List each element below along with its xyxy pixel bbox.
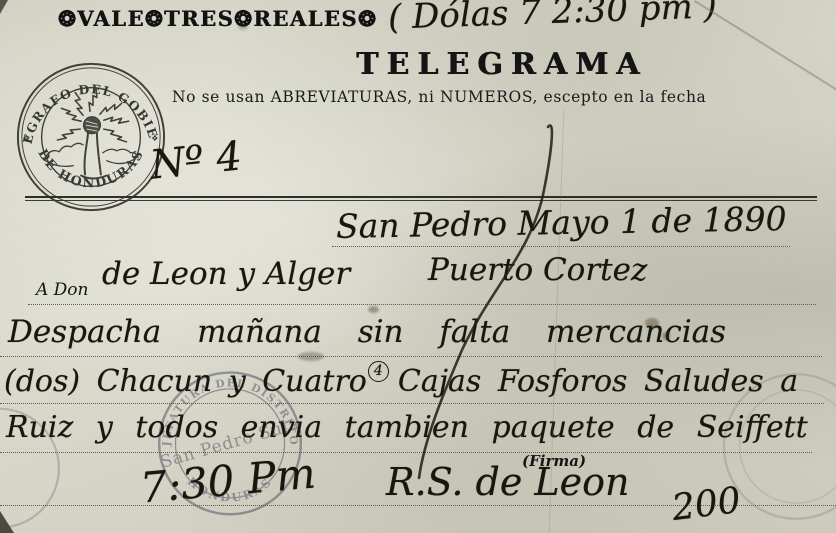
date-ruled-line bbox=[332, 246, 790, 247]
ink-stain bbox=[645, 318, 659, 328]
date-handwritten: San Pedro Mayo 1 de 1890 bbox=[336, 199, 787, 246]
government-seal: TELEGRAFO DEL GOBIERNO DE HONDURAS ❖ ❖ bbox=[12, 58, 170, 216]
ink-stain bbox=[298, 352, 324, 361]
svg-text:DE HONDURAS: DE HONDURAS bbox=[34, 147, 147, 192]
message-ruled-line-2 bbox=[0, 403, 824, 404]
addressee-label: A Don bbox=[36, 280, 89, 300]
telegram-number: Nº 4 bbox=[148, 133, 244, 188]
handwritten-annotation: ( Dólas 7 2:30 pm ) bbox=[387, 0, 717, 38]
message-line-1: Despacha mañana sin falta mercancias bbox=[8, 314, 726, 350]
destination-handwritten: Puerto Cortez bbox=[428, 252, 647, 288]
message-line-2-prefix: (dos) Chacun y Cuatro bbox=[4, 364, 367, 399]
addressee-handwritten: de Leon y Alger bbox=[102, 256, 350, 292]
scan-corner bbox=[0, 0, 8, 14]
amount-handwritten: 200 bbox=[670, 480, 743, 529]
message-ruled-line-3 bbox=[0, 452, 812, 453]
addressee-ruled-line bbox=[28, 304, 816, 305]
ink-stain bbox=[368, 306, 379, 313]
signature-handwritten: R.S. de Leon bbox=[386, 460, 630, 504]
circled-number-insert: 4 bbox=[368, 361, 389, 382]
message-line-2: (dos) Chacun y Cuatro4Cajas Fosforos Sal… bbox=[4, 361, 798, 399]
telegram-document: JEFATURA DEL DISTRITO HONDURAS San Pedro… bbox=[0, 0, 836, 533]
scan-corner bbox=[0, 511, 14, 533]
seal-arc-bottom-text: DE HONDURAS bbox=[34, 147, 147, 192]
document-subtitle: No se usan ABREVIATURAS, ni NUMEROS, esc… bbox=[172, 88, 706, 106]
value-banner: ❂VALE❂TRES❂REALES❂ bbox=[58, 6, 377, 31]
seal-separator-left: ❖ bbox=[23, 134, 30, 143]
message-line-2-suffix: Cajas Fosforos Saludes a bbox=[398, 364, 798, 399]
ink-stain bbox=[662, 332, 670, 340]
document-title: TELEGRAMA bbox=[356, 47, 647, 82]
ink-stain bbox=[238, 24, 248, 30]
message-ruled-line-1 bbox=[0, 356, 822, 357]
message-line-3: Ruiz y todos envia tambien paquete de Se… bbox=[6, 410, 808, 445]
paper-crease bbox=[694, 0, 836, 94]
